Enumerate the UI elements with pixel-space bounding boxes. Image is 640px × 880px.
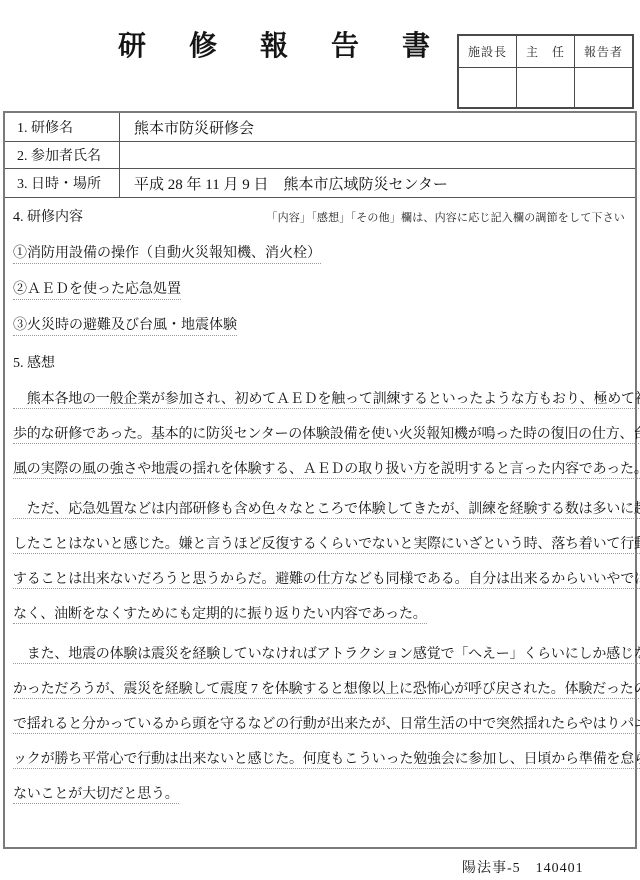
- approval-stamp-row: [459, 68, 633, 108]
- impressions-line-text: ただ、応急処置などは内部研修も含め色々なところで体験してきたが、訓練を経験する数…: [13, 502, 640, 519]
- impressions-paragraph: 熊本各地の一般企業が参加され、初めてＡＥＤを触って訓練するといったような方もおり…: [13, 382, 627, 487]
- approval-header-row: 施設長 主 任 報告者: [459, 36, 633, 68]
- impressions-line: 歩的な研修であった。基本的に防災センターの体験設備を使い火災報知機が鳴った時の復…: [13, 417, 627, 452]
- impressions-line-text: したことはないと感じた。嫌と言うほど反復するくらいでないと実際にいざという時、落…: [13, 537, 640, 554]
- report-form-table: 1. 研修名 熊本市防災研修会 2. 参加者氏名 3. 日時・場所 平成 28 …: [3, 111, 637, 849]
- field-value-date-place: 平成 28 年 11 月 9 日 熊本市広域防災センター: [120, 169, 635, 197]
- impressions-line: なく、油断をなくすためにも定期的に振り返りたい内容であった。: [13, 597, 627, 632]
- impressions-line: することは出来ないだろうと思うからだ。避難の仕方なども同様である。自分は出来るか…: [13, 562, 627, 597]
- field-value-participant-names: [120, 142, 635, 168]
- impressions-line: で揺れると分かっているから頭を守るなどの行動が出来たが、日常生活の中で突然揺れた…: [13, 707, 627, 742]
- impressions-line-text: 熊本各地の一般企業が参加され、初めてＡＥＤを触って訓練するといったような方もおり…: [13, 392, 640, 409]
- field-row-date-place: 3. 日時・場所 平成 28 年 11 月 9 日 熊本市広域防災センター: [5, 169, 635, 198]
- impressions-paragraph: また、地震の体験は震災を経験していなければアトラクション感覚で「へえー」くらいに…: [13, 637, 627, 812]
- impressions-line: 風の実際の風の強さや地震の揺れを体験する、ＡＥＤの取り扱い方を説明すると言った内…: [13, 452, 627, 487]
- training-content-item-text: ②ＡＥＤを使った応急処置: [13, 282, 181, 300]
- approval-stamp-cell-chief: [517, 68, 575, 108]
- training-content-item-text: ③火災時の避難及び台風・地震体験: [13, 318, 237, 336]
- section4-label: 4. 研修内容: [13, 208, 83, 228]
- field-row-participant-names: 2. 参加者氏名: [5, 142, 635, 169]
- page-title: 研 修 報 告 書: [118, 24, 448, 64]
- training-content-item: ③火災時の避難及び台風・地震体験: [13, 316, 627, 336]
- impressions-line-text: することは出来ないだろうと思うからだ。避難の仕方なども同様である。自分は出来るか…: [13, 572, 640, 589]
- training-content-item: ②ＡＥＤを使った応急処置: [13, 280, 627, 300]
- impressions-line: 熊本各地の一般企業が参加され、初めてＡＥＤを触って訓練するといったような方もおり…: [13, 382, 627, 417]
- impressions-line: ないことが大切だと思う。: [13, 777, 627, 812]
- section4-note: 「内容」「感想」「その他」欄は、内容に応じ記入欄の調節をして下さい: [266, 209, 627, 225]
- approval-col-facility-director: 施設長: [459, 36, 517, 68]
- impressions-line: また、地震の体験は震災を経験していなければアトラクション感覚で「へえー」くらいに…: [13, 637, 627, 672]
- approval-col-reporter: 報告者: [575, 36, 633, 68]
- impressions-line: したことはないと感じた。嫌と言うほど反復するくらいでないと実際にいざという時、落…: [13, 527, 627, 562]
- impressions-line-text: ないことが大切だと思う。: [13, 787, 179, 804]
- field-value-training-name: 熊本市防災研修会: [120, 113, 635, 141]
- impressions-line-text: かっただろうが、震災を経験して震度 7 を体験すると想像以上に恐怖心が呼び戻され…: [13, 682, 640, 699]
- impressions-line-text: なく、油断をなくすためにも定期的に振り返りたい内容であった。: [13, 607, 427, 624]
- impressions-line-text: ックが勝ち平常心で行動は出来ないと感じた。何度もこういった勉強会に参加し、日頃か…: [13, 752, 640, 769]
- training-content-item: ①消防用設備の操作（自動火災報知機、消火栓）: [13, 244, 627, 264]
- field-row-training-name: 1. 研修名 熊本市防災研修会: [5, 113, 635, 142]
- impressions-line: かっただろうが、震災を経験して震度 7 を体験すると想像以上に恐怖心が呼び戻され…: [13, 672, 627, 707]
- approval-stamp-cell-reporter: [575, 68, 633, 108]
- section4-header: 4. 研修内容 「内容」「感想」「その他」欄は、内容に応じ記入欄の調節をして下さ…: [13, 208, 627, 228]
- approval-stamp-table: 施設長 主 任 報告者: [458, 35, 633, 108]
- impressions-line-text: 風の実際の風の強さや地震の揺れを体験する、ＡＥＤの取り扱い方を説明すると言った内…: [13, 462, 640, 479]
- report-body: 4. 研修内容 「内容」「感想」「その他」欄は、内容に応じ記入欄の調節をして下さ…: [5, 208, 635, 812]
- impressions-line: ただ、応急処置などは内部研修も含め色々なところで体験してきたが、訓練を経験する数…: [13, 492, 627, 527]
- report-page: 研 修 報 告 書 施設長 主 任 報告者 1. 研修名 熊本市防災研修会 2.…: [0, 0, 640, 880]
- approval-stamp-cell-facility-director: [459, 68, 517, 108]
- impressions-line-text: で揺れると分かっているから頭を守るなどの行動が出来たが、日常生活の中で突然揺れた…: [13, 717, 640, 734]
- impressions-line-text: また、地震の体験は震災を経験していなければアトラクション感覚で「へえー」くらいに…: [13, 647, 640, 664]
- approval-col-chief: 主 任: [517, 36, 575, 68]
- impressions-line-text: 歩的な研修であった。基本的に防災センターの体験設備を使い火災報知機が鳴った時の復…: [13, 427, 640, 444]
- field-label-participant-names: 2. 参加者氏名: [5, 142, 120, 168]
- impressions-paragraph: ただ、応急処置などは内部研修も含め色々なところで体験してきたが、訓練を経験する数…: [13, 492, 627, 632]
- form-code: 陽法事-5 140401: [462, 857, 584, 877]
- impressions-line: ックが勝ち平常心で行動は出来ないと感じた。何度もこういった勉強会に参加し、日頃か…: [13, 742, 627, 777]
- field-label-date-place: 3. 日時・場所: [5, 169, 120, 197]
- training-content-item-text: ①消防用設備の操作（自動火災報知機、消火栓）: [13, 246, 321, 264]
- field-label-training-name: 1. 研修名: [5, 113, 120, 141]
- section5-label: 5. 感想: [13, 354, 627, 374]
